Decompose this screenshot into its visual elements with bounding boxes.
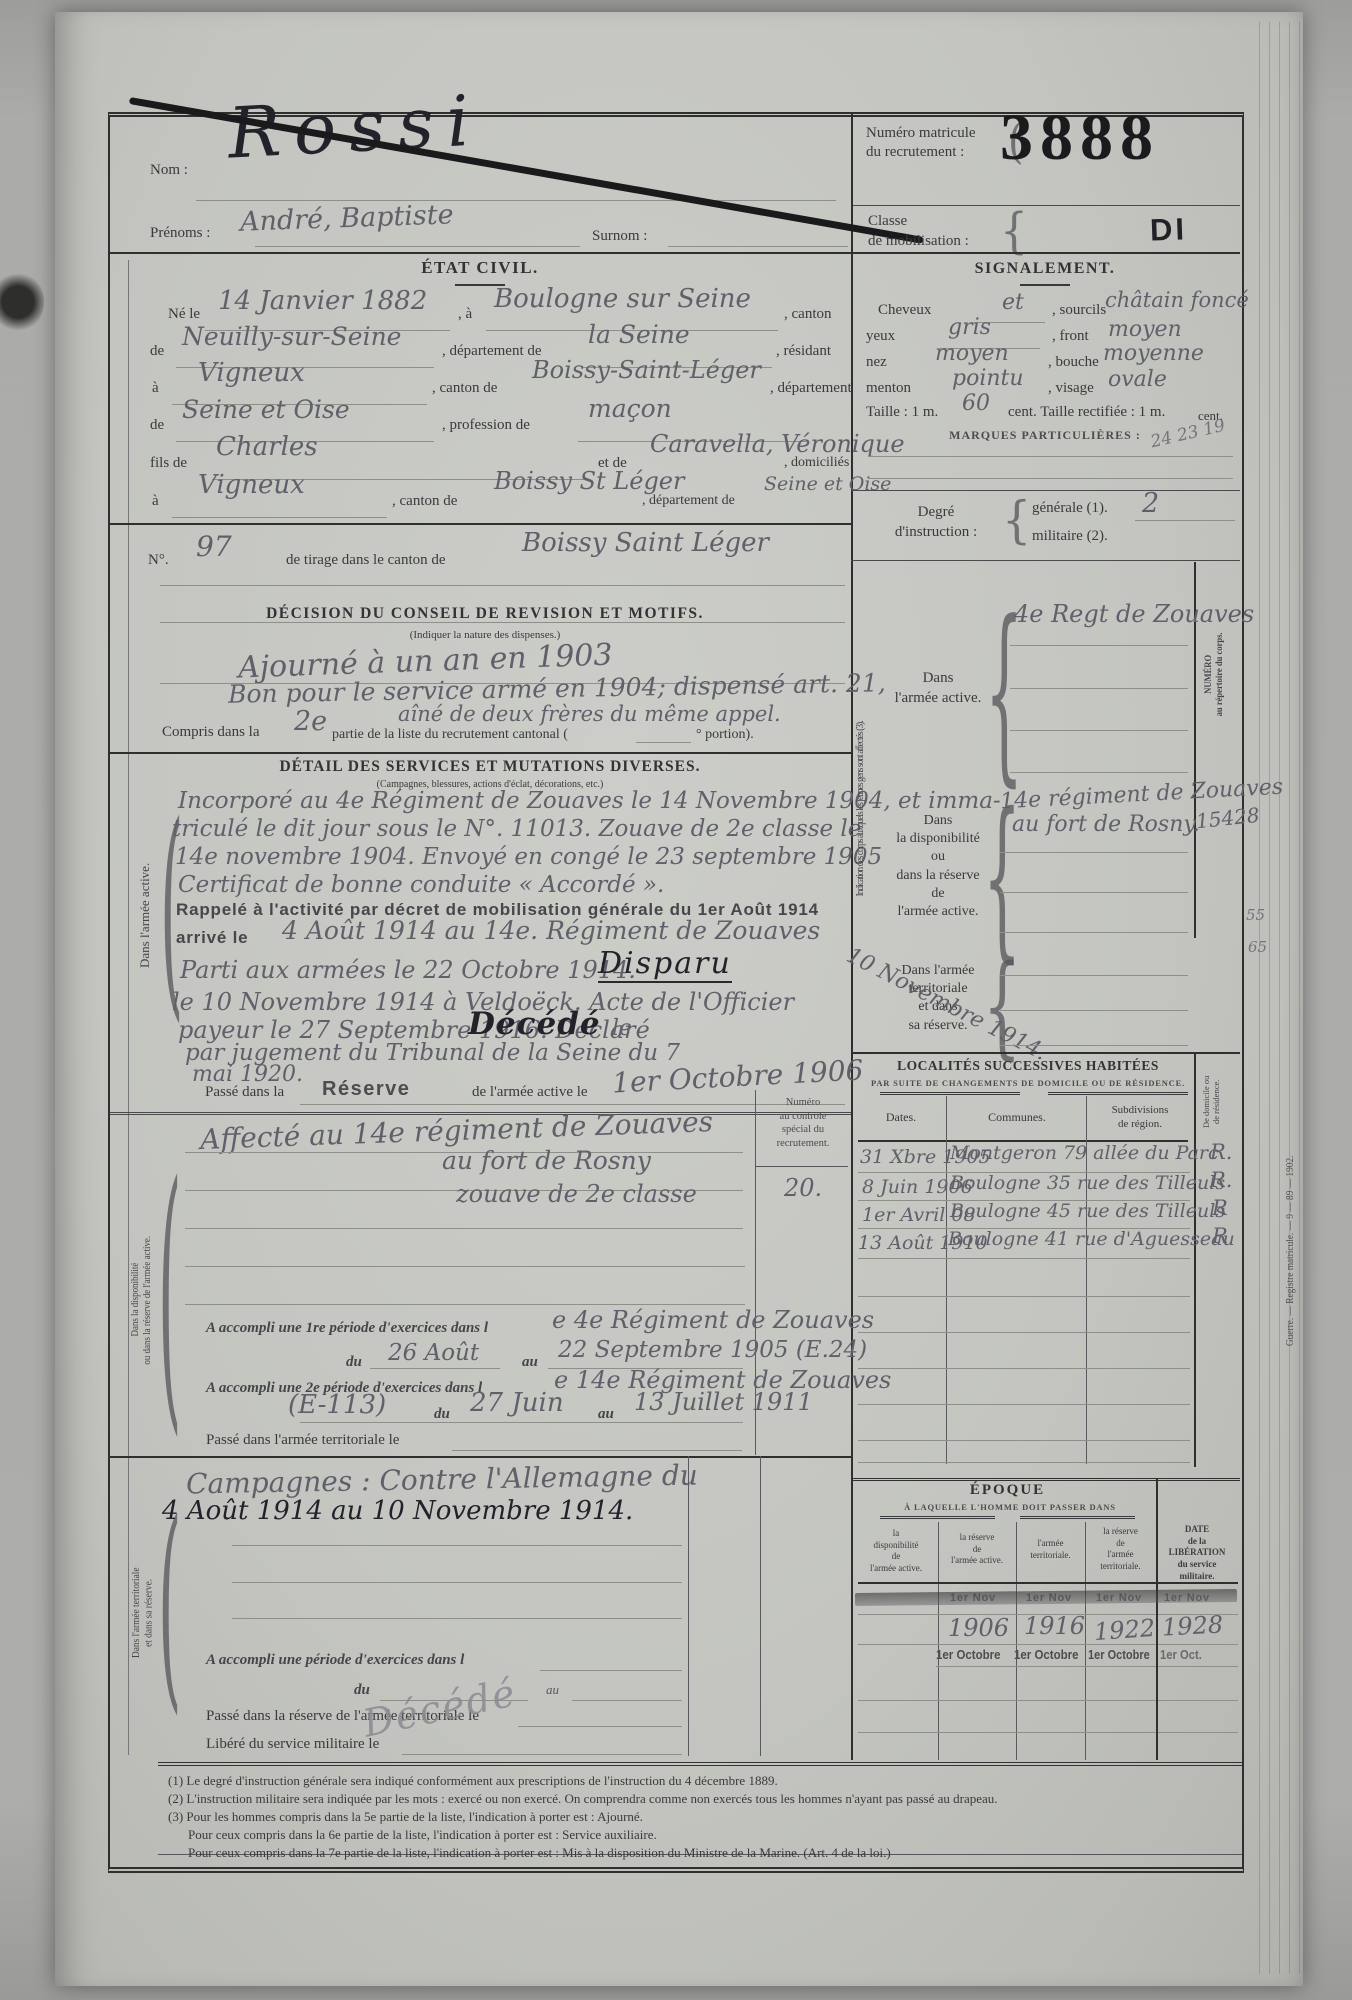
rule [172,517,387,518]
pere-value: Charles [216,432,318,462]
rule [858,1258,1190,1259]
rule [1000,852,1188,853]
col-dates-header: Dates. [858,1110,944,1125]
passe-territoriale-label: Passé dans l'armée territoriale le [206,1432,399,1449]
matricule-number: 3888 [1000,100,1160,176]
domicilies-label: , domiciliés [784,455,849,471]
footnote-1: (1) Le degré d'instruction générale sera… [168,1773,1242,1789]
epoque-vline [1016,1522,1017,1760]
nez-value: moyen [935,341,1009,366]
controle-header: Numéro au contrôle spécial du recrutemen… [757,1096,849,1151]
degre-brace-glyph: { [1002,494,1031,545]
epoque-vline [1085,1522,1086,1760]
canton-parents: Boissy St Léger [494,467,684,495]
a-label: à [152,493,159,510]
classe-label: Classe de mobilisation : [868,212,1018,251]
rule [1158,1700,1238,1701]
reserve-stamp: Réserve [322,1078,410,1101]
localite-commune: Boulogne 35 rue des Tilleuls [950,1172,1225,1194]
commune-parents: Vigneux [198,470,305,500]
rule [232,1545,682,1546]
compris-value: 2e [294,706,327,737]
rule [755,1166,848,1167]
rule [858,1368,1190,1369]
localite-residence: R [1212,1196,1228,1220]
epoque-title: ÉPOQUE [900,1482,1115,1499]
affecte-line2: au fort de Rosny [442,1146,651,1175]
table-vline-heavy [1194,1052,1196,1467]
services-title: DÉTAIL DES SERVICES ET MUTATIONS DIVERSE… [230,758,750,776]
a-label: , à [458,306,472,323]
epoque-year: 1906 [948,1614,1009,1642]
margin-scribble-a: 55 [1246,906,1265,924]
compris-end-label: ° portion). [696,727,754,743]
rule [185,1266,745,1267]
departement-de-label: , département de [642,493,735,509]
departement-parents: Seine et Oise [764,473,891,495]
date-naissance: 14 Janvier 1882 [218,286,427,316]
rule [858,1462,1190,1463]
margin-paren-glyph: ( [158,1496,181,1718]
passe-reserve-mid: de l'armée active le [472,1084,588,1101]
nom-rule [196,200,836,201]
canton-de-label: , canton de [432,380,497,397]
swash-rule [1048,1092,1188,1095]
rule [868,478,1233,479]
rule [858,1644,1156,1645]
swash-rule [880,1092,1020,1095]
menton-label: menton [866,380,911,397]
rule [858,1332,1190,1333]
rule [1158,1666,1238,1667]
affecte-line3: zouave de 2e classe [456,1180,697,1208]
bouche-value: moyenne [1103,341,1204,366]
periode1-au: 22 Septembre 1905 (E.24) [558,1337,867,1363]
octobre-stamp: 1er Octobre [1014,1648,1079,1662]
passe-reserve-pre: Passé dans la [205,1084,284,1101]
footnote-4: Pour ceux compris dans la 6e partie de l… [188,1827,1242,1843]
localites-top-border [851,1052,1240,1054]
prenoms-label: Prénoms : [150,225,210,242]
profession-label: , profession de [442,417,530,434]
mobilisation-arrivee-value: 4 Août 1914 au 14e. Régiment de Zouaves [282,916,820,945]
classe-brace-glyph: { [1000,208,1028,256]
campagnes-line2: 4 Août 1914 au 10 Novembre 1914. [162,1496,633,1526]
epoque-col2-header: la réserve de l'armée active. [940,1532,1014,1567]
instruction-generale-label: générale (1). [1032,500,1108,517]
du-label: du [354,1682,370,1699]
residant-label: , résidant [776,343,831,360]
signalement-underline [1020,284,1070,286]
surnom-rule [668,246,848,247]
epoque-vline [938,1522,939,1760]
octobre-stamp: 1er Octobre [1088,1648,1150,1662]
col-subdivisions-header: Subdivisions de région. [1090,1104,1190,1132]
localites-subtitle: PAR SUITE DE CHANGEMENTS DE DOMICILE OU … [868,1078,1188,1088]
taille-label: Taille : 1 m. [866,404,938,421]
front-value: moyen [1108,317,1182,342]
profession-value: maçon [588,394,672,423]
localite-commune: Montgeron 79 allée du Parc [950,1142,1219,1164]
rule [232,1582,682,1583]
octobre-stamp: 1er Octobre [936,1648,1001,1662]
numero-tirage-value: 97 [196,530,232,563]
departement-label: , département de [442,343,542,360]
rule [1158,1644,1238,1645]
swash-rule [880,1516,995,1519]
main-column-divider [851,114,853,1760]
etat-civil-bottom-border [110,523,851,525]
au-label: au [546,1682,559,1698]
epoque-col4-header: la réserve de l'armée territoriale. [1087,1526,1154,1573]
services-line: Certificat de bonne conduite « Accordé »… [178,872,664,898]
col-residence-vertical-header: De domicile ou de résidence. [1202,1056,1234,1148]
epoque-year: 1928 [1161,1610,1223,1641]
scanned-military-register-sheet: Nom : Rossi Prénoms : André, Baptiste Su… [0,0,1352,2000]
rule [1000,1010,1188,1011]
side-caption-vertical: Guerre. — Registre matricule. — 9 — 89 —… [1284,1104,1302,1397]
periode2-pre: (E-113) [288,1390,386,1420]
rule [858,1404,1190,1405]
ne-le-label: Né le [168,306,200,323]
numero-tirage-label: N°. [148,552,169,569]
canton-naissance: Neuilly-sur-Seine [182,322,401,351]
armee-active-label: Dans l'armée active. [886,668,990,709]
de-label: de [150,343,164,360]
rule [185,1304,745,1305]
footnote-2: (2) L'instruction militaire sera indiqué… [168,1791,1242,1807]
rule [936,1666,1156,1667]
compris-label: Compris dans la [162,724,260,741]
departement-residence: Seine et Oise [182,395,350,424]
footnote-3: (3) Pour les hommes compris dans la 5e p… [168,1809,1242,1825]
swash-rule [1020,1516,1135,1519]
decede-suffix: le [612,1016,632,1041]
rule [636,742,691,743]
margin-paren-glyph: ( [158,1152,181,1440]
col-communes-header: Communes. [950,1110,1084,1125]
nez-label: nez [866,354,887,371]
periode1-label: A accompli une 1re période d'exercices d… [206,1320,488,1337]
rule [185,1228,743,1229]
degre-instruction-label: Degré d'instruction : [880,503,992,542]
disponibilite-value-2: au fort de Rosny. [1012,812,1200,837]
libere-label: Libéré du service militaire le [206,1736,379,1753]
epoque-subtitle: À LAQUELLE L'HOMME DOIT PASSER DANS [870,1502,1150,1512]
epoque-col1-header: la disponibilité de l'armée active. [856,1528,936,1575]
rule [452,1450,742,1451]
du-label: du [346,1354,362,1371]
lieu-naissance: Boulogne sur Seine [494,284,751,314]
armee-active-value: 4e Regt de Zouaves [1014,600,1254,628]
rule [858,1732,1156,1733]
margin-scribble-b: 65 [1248,938,1267,956]
octobre-stamp-partial: 1er Oct. [1160,1648,1202,1662]
rule [1000,975,1188,976]
campagnes-periode-label: A accompli une période d'exercices dans … [206,1652,464,1669]
localite-residence: R. [1210,1168,1233,1192]
taille-rectifiee-label: cent. Taille rectifiée : 1 m. [1008,404,1165,421]
rule [1000,892,1188,893]
bouche-label: , bouche [1048,354,1099,371]
periode1-value: e 4e Régiment de Zouaves [552,1306,874,1334]
decision-title: DÉCISION DU CONSEIL DE REVISION ET MOTIF… [250,605,720,623]
date-col-divider [1156,1478,1158,1760]
rule [300,1422,743,1423]
canton-residence: Boissy-Saint-Léger [532,356,761,384]
canton-de-label: , canton de [392,493,457,510]
campagnes-top-border [110,1456,851,1458]
instruction-militaire-label: militaire (2). [1032,528,1108,545]
footnote-5: Pour ceux compris dans la 7e partie de l… [188,1845,1242,1861]
services-line: 14e novembre 1904. Envoyé en congé le 23… [175,844,882,870]
services-top-border [110,752,851,754]
du-label: du [434,1406,450,1423]
classe-di-stamp: DI [1149,211,1187,248]
services-line: Parti aux armées le 22 Octobre 1914. [180,956,636,984]
sourcils-label: , sourcils [1052,302,1106,319]
periode2-du: 27 Juin [470,1388,564,1418]
prenoms-rule [255,246,580,247]
front-label: , front [1052,328,1089,345]
instruction-generale-value: 2 [1142,488,1159,519]
cheveux-value: et [1002,290,1024,315]
tirage-canton-value: Boissy Saint Léger [522,528,769,558]
localites-title: LOCALITÉS SUCCESSIVES HABITÉES [868,1058,1188,1074]
yeux-value: gris [948,315,991,340]
mobilisation-stamp-line2: arrivé le [176,928,248,948]
matricule-divider [853,205,1240,206]
footnotes-box: (1) Le degré d'instruction générale sera… [158,1762,1242,1855]
controle-value: 20. [784,1174,822,1202]
rule [370,1368,500,1369]
margin-label-armee-active: Dans l'armée active. [138,800,156,1030]
localite-residence: R [1212,1224,1228,1248]
visage-label: , visage [1048,380,1094,397]
epoque-top-border [851,1478,1240,1481]
rule [1010,645,1188,646]
taille-value: 60 [962,391,990,416]
mere-value: Caravella, Véronique [650,430,905,458]
de-label: de [150,417,164,434]
a-label: à [152,380,159,397]
rule [402,1754,682,1755]
binding-shadow [0,272,44,332]
periode1-du: 26 Août [388,1340,479,1366]
periode2-au: 13 Juillet 1911 [634,1388,813,1416]
rule [858,1296,1190,1297]
rule [858,1700,1156,1701]
disponibilite-label: Dans la disponibilité ou dans la réserve… [886,812,990,921]
degre-top-line [851,490,1240,491]
au-label: au [598,1406,614,1423]
etat-civil-top-border [110,252,851,254]
menton-value: pointu [952,366,1024,391]
date-liberation-header: DATE de la LIBÉRATION du service militai… [1158,1524,1236,1582]
inner-left-rule [128,260,129,1755]
rule [518,1726,682,1727]
canton-suffix: , canton [784,306,831,323]
etat-civil-title: ÉTAT CIVIL. [260,258,700,278]
departement-naissance: la Seine [588,320,690,349]
rule [868,456,1233,457]
epoque-year: 1916 [1024,1612,1085,1640]
visage-value: ovale [1108,367,1167,392]
rule [232,1618,682,1619]
rule [1010,772,1188,773]
epoque-header-underline [858,1582,1156,1584]
au-label: au [522,1354,538,1371]
departement-suffix: , département [770,380,852,397]
signalement-title: SIGNALEMENT. [940,260,1150,278]
localite-commune: Boulogne 45 rue des Tilleuls [950,1200,1225,1222]
localite-commune: Boulogne 41 rue d'Aguesseau [948,1228,1235,1250]
rule [1135,520,1235,521]
rule [1010,730,1188,731]
bottom-vline [688,1456,689,1756]
commune-residence: Vigneux [198,358,305,388]
epoque-year: 1922 [1093,1614,1156,1646]
yeux-label: yeux [866,328,895,345]
services-line: triculé le dit jour sous le N°. 11013. Z… [172,816,861,842]
cheveux-label: Cheveux [878,302,931,319]
nom-label: Nom : [150,162,188,179]
rule [1000,1045,1188,1046]
compris-post-label: partie de la liste du recrutement canton… [332,727,568,743]
rule [1158,1732,1238,1733]
decede-mention: Décédé [468,1006,601,1042]
localite-residence: R. [1210,1140,1233,1164]
page-stack-edges [1250,22,1304,1974]
marques-label: MARQUES PARTICULIÈRES : [920,428,1170,443]
sourcils-value: châtain foncé [1105,288,1249,312]
degre-bottom-line [851,560,1240,561]
surnom-label: Surnom : [592,228,647,245]
decision-line3: aîné de deux frères du même appel. [398,702,781,726]
disparu-mention: Disparu [598,946,732,983]
rule [858,1440,1190,1441]
rule [1000,932,1188,933]
rule [572,1700,682,1701]
tirage-canton-label: de tirage dans le canton de [286,552,446,569]
date-header-underline [1158,1582,1238,1584]
signalement-top-border [851,252,1240,254]
bottom-vline [760,1456,761,1756]
fils-de-label: fils de [150,455,187,472]
rule [1010,688,1188,689]
epoque-col3-header: l'armée territoriale. [1018,1538,1083,1561]
rule [160,585,845,586]
rule [540,1670,682,1671]
